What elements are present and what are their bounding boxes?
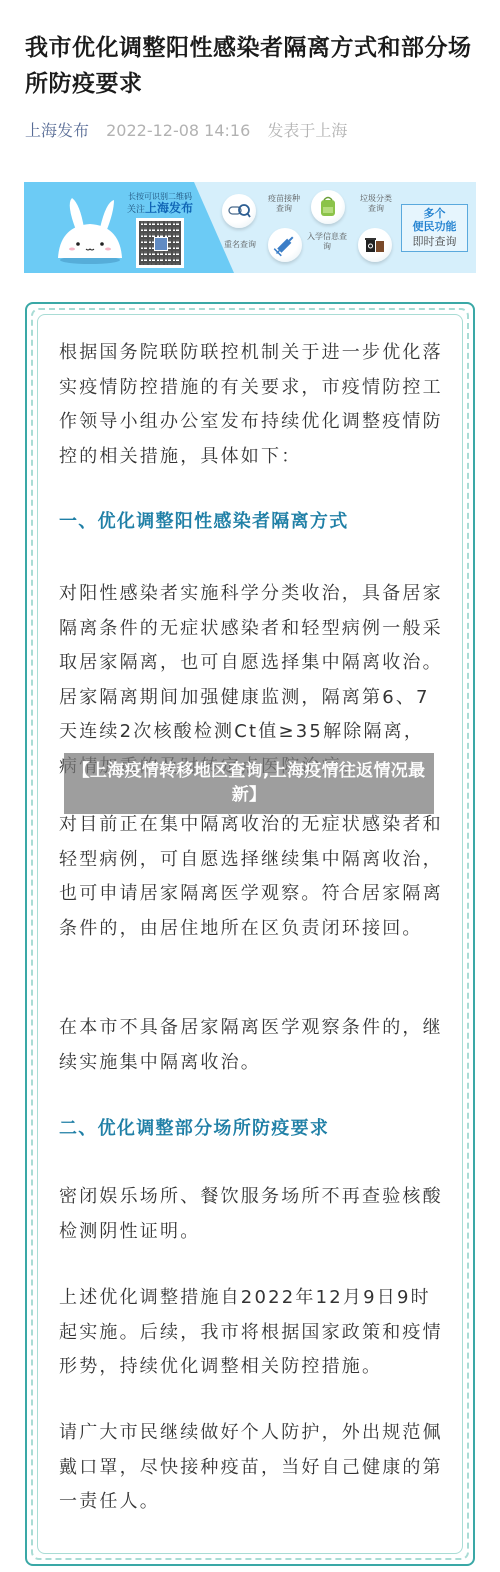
section2-heading: 二、优化调整部分场所防疫要求 (59, 1114, 443, 1144)
follow-account: 上海发布 (145, 201, 193, 215)
bunny-mascot-icon (54, 194, 126, 266)
qr-code[interactable] (136, 218, 184, 268)
more-line1: 多个 (402, 208, 467, 220)
service-label-name-search[interactable]: 重名查询 (220, 240, 260, 250)
section1-paragraph2: 对目前正在集中隔离收治的无症状感染者和轻型病例，可自愿选择继续集中隔离收治，也可… (59, 808, 443, 946)
intro-paragraph: 根据国务院联防联控机制关于进一步优化落实疫情防控措施的有关要求，市疫情防控工作领… (59, 336, 443, 474)
section2-paragraph2: 上述优化调整措施自2022年12月9日9时起实施。后续，我市将根据国家政策和疫情… (59, 1281, 443, 1385)
service-label-school[interactable]: 入学信息查询 (305, 232, 349, 252)
qr-code-icon (139, 221, 181, 265)
qr-follow-text: 关注上海发布 (124, 202, 196, 217)
more-line2: 便民功能 (402, 220, 467, 234)
publish-time: 2022-12-08 14:16 (106, 121, 250, 140)
service-label-vaccine[interactable]: 疫苗接种查询 (267, 194, 301, 214)
search-name-icon[interactable] (222, 194, 256, 228)
section2-paragraph1: 密闭娱乐场所、餐饮服务场所不再查验核酸检测阴性证明。 (59, 1180, 443, 1249)
service-label-garbage[interactable]: 垃圾分类查询 (359, 194, 393, 214)
service-banner[interactable]: 长按可识别二维码 关注上海发布 重名查询 疫苗接种查询 入学信息查询 垃圾分类查… (24, 182, 476, 273)
account-link[interactable]: 上海发布 (25, 121, 89, 140)
article-meta: 上海发布 2022-12-08 14:16 发表于上海 (25, 120, 347, 142)
trash-bin-icon[interactable] (358, 228, 392, 262)
watermark-overlay-banner: 【上海疫情转移地区查询,上海疫情往返情况最新】 (64, 753, 434, 814)
publish-location: 发表于上海 (267, 121, 347, 140)
section1-paragraph3: 在本市不具备居家隔离医学观察条件的，继续实施集中隔离收治。 (59, 1011, 443, 1080)
backpack-icon[interactable] (311, 190, 345, 224)
section2-paragraph3: 请广大市民继续做好个人防护，外出规范佩戴口罩，尽快接种疫苗，当好自己健康的第一责… (59, 1416, 443, 1520)
more-services-box[interactable]: 多个 便民功能 即时查询 (401, 204, 468, 252)
article-title: 我市优化调整阳性感染者隔离方式和部分场所防疫要求 (25, 30, 475, 102)
syringe-icon[interactable] (268, 228, 302, 262)
more-line3: 即时查询 (402, 234, 467, 250)
follow-prefix: 关注 (127, 205, 145, 215)
section1-heading: 一、优化调整阳性感染者隔离方式 (59, 507, 443, 537)
